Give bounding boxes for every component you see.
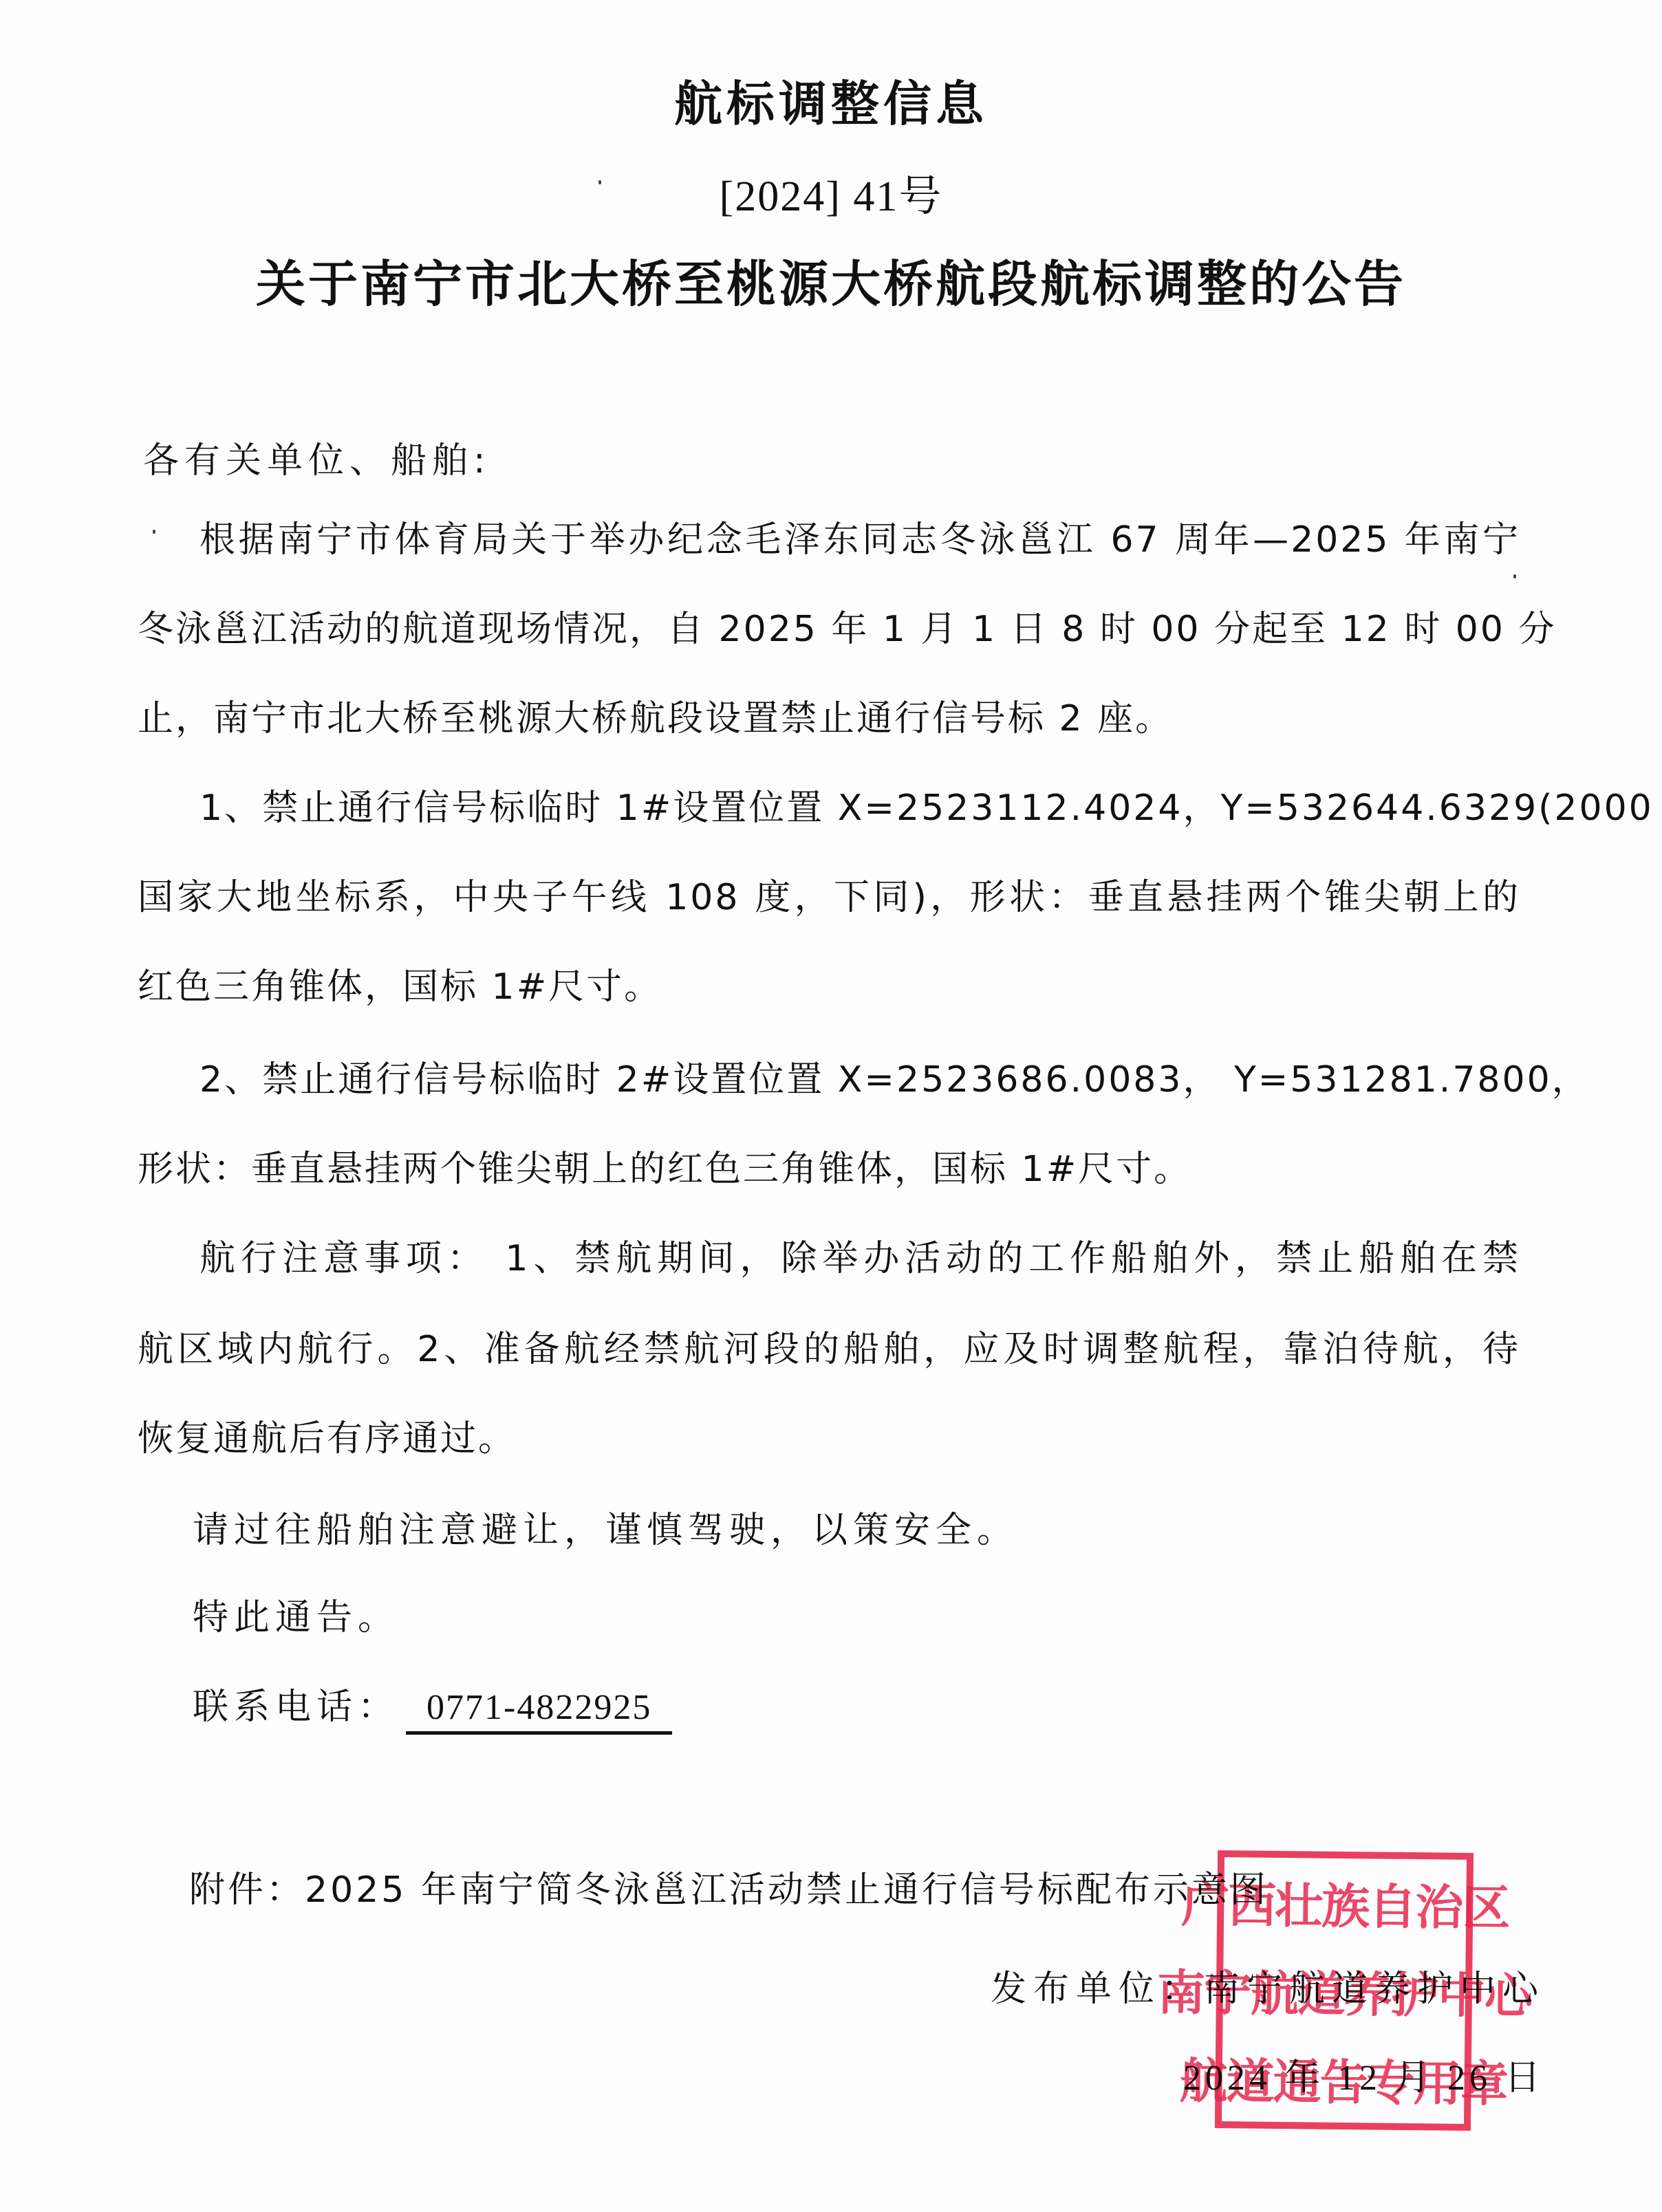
para1-line-1: 根据南宁市体育局关于举办纪念毛泽东同志冬泳邕江 67 周年—2025 年南宁 [199,519,1520,561]
item2-line-1: 2、禁止通行信号标临时 2#设置位置 X=2523686.0083， Y=531… [199,1059,1520,1100]
scan-speck [153,530,155,534]
notes-line-1: 航行注意事项： 1、禁航期间，除举办活动的工作船舶外，禁止船舶在禁 [199,1238,1520,1279]
document-page: 航标调整信息 [2024] 41号 关于南宁市北大桥至桃源大桥航段航标调整的公告… [0,0,1662,2212]
scan-speck [598,180,601,184]
safety-warning: 请过往船舶注意避让，谨慎驾驶，以策安全。 [193,1510,1018,1551]
seal-line-1: 广西壮族自治区 [1181,1866,1509,1939]
contact-phone: 联系电话：0771-4822925 [193,1687,672,1735]
scan-speck [1513,574,1516,578]
seal-line-2: 南宁航道养护中心 [1156,1954,1531,2028]
attachment-note: 附件：2025 年南宁简冬泳邕江活动禁止通行信号标配布示意图 [189,1869,1269,1911]
item1-line-3: 红色三角锥体，国标 1#尺寸。 [138,966,1520,1008]
salutation: 各有关单位、船舶: [143,440,491,481]
para1-line-3: 止，南宁市北大桥至桃源大桥航段设置禁止通行信号标 2 座。 [138,698,1520,739]
item2-line-2: 形状：垂直悬挂两个锥尖朝上的红色三角锥体，国标 1#尺寸。 [138,1149,1520,1190]
closing-statement: 特此通告。 [193,1597,399,1638]
para1-line-2: 冬泳邕江活动的航道现场情况，自 2025 年 1 月 1 日 8 时 00 分起… [138,609,1520,650]
notes-line-3: 恢复通航后有序通过。 [138,1418,1520,1460]
item1-line-2: 国家大地坐标系，中央子午线 108 度，下同)，形状：垂直悬挂两个锥尖朝上的 [138,877,1520,918]
document-number: [2024] 41号 [0,162,1662,223]
announcement-title: 关于南宁市北大桥至桃源大桥航段航标调整的公告 [0,244,1662,316]
notes-line-2: 航区域内航行。2、准备航经禁航河段的船舶，应及时调整航程，靠泊待航，待 [138,1329,1520,1370]
document-heading: 航标调整信息 [0,65,1662,135]
item1-line-1: 1、禁止通行信号标临时 1#设置位置 X=2523112.4024，Y=5326… [199,788,1520,829]
phone-label: 联系电话： [193,1687,399,1728]
phone-number: 0771-4822925 [406,1687,672,1735]
official-seal-stamp: 广西壮族自治区 南宁航道养护中心 航道通告专用章 [1215,1850,1474,2131]
seal-line-3: 航道通告专用章 [1179,2042,1507,2115]
